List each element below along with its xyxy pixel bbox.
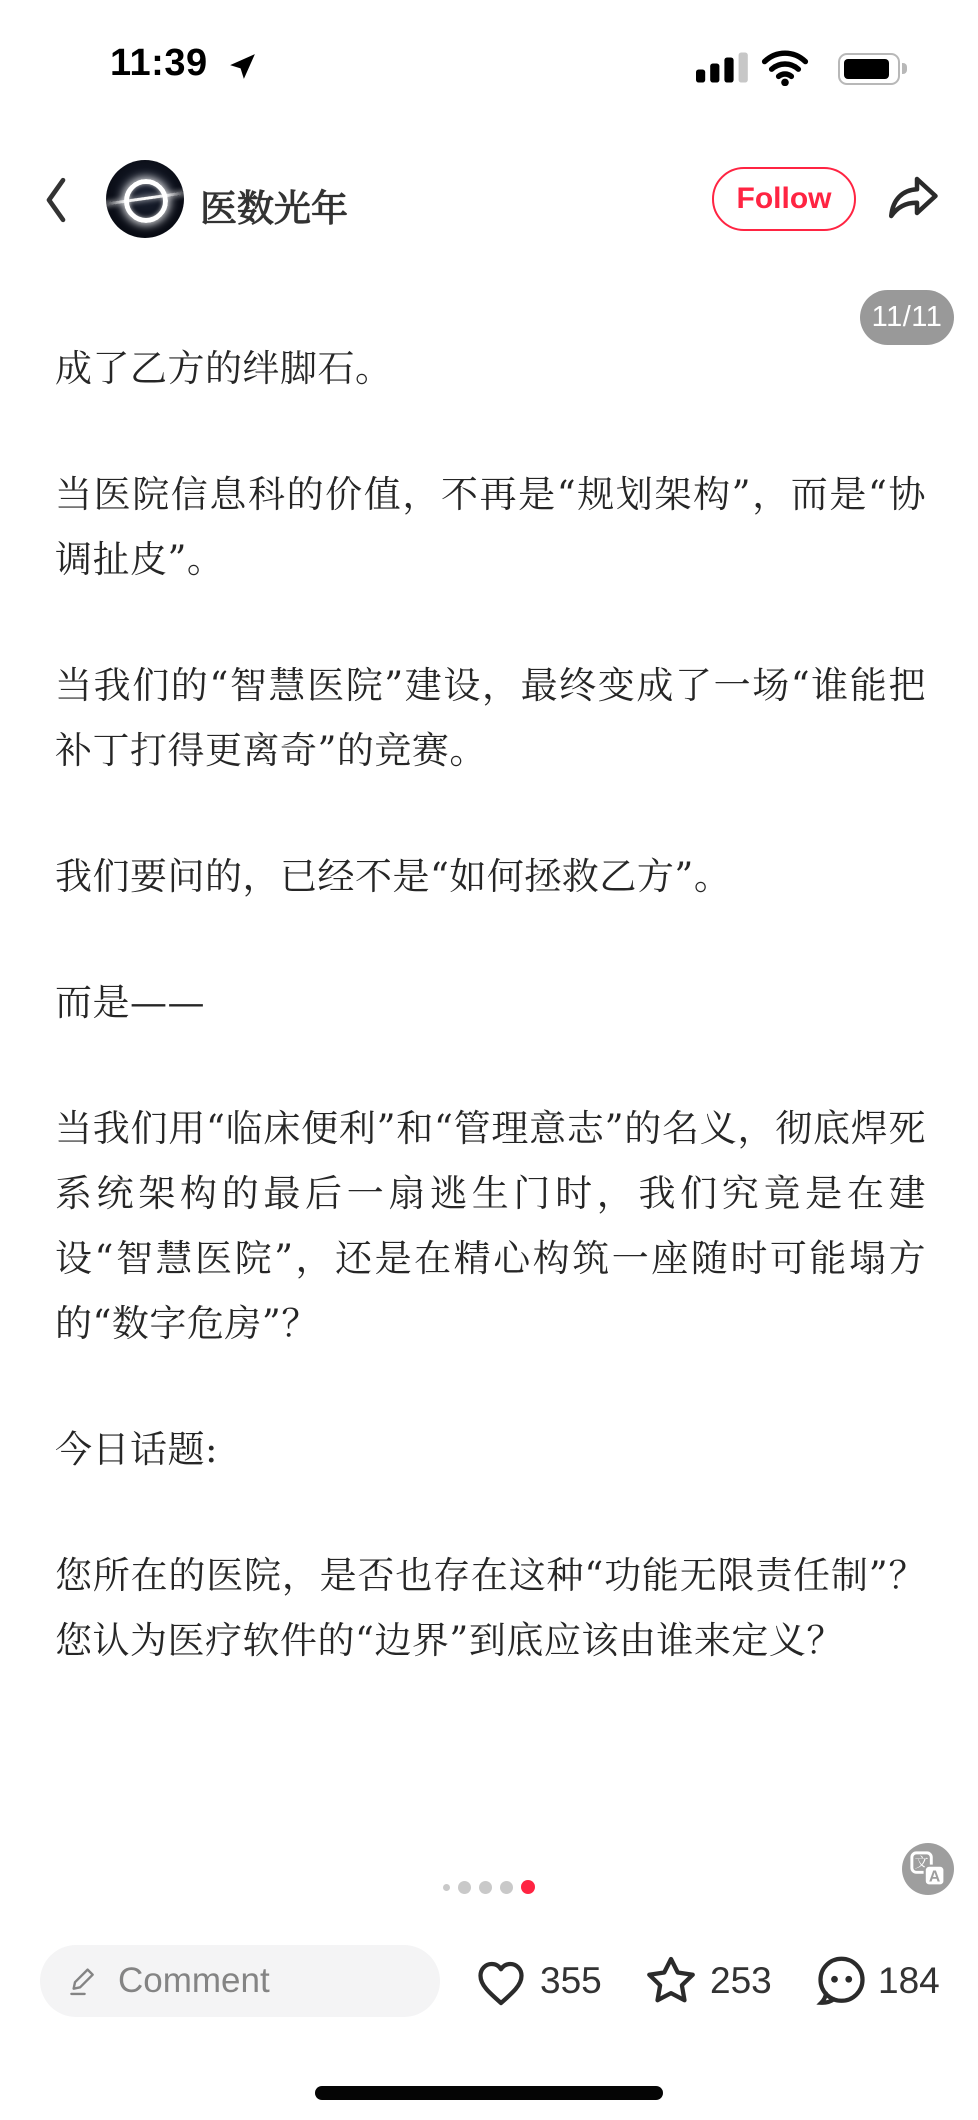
comment-count: 184 [878, 1960, 940, 2002]
star-icon [641, 1951, 701, 2011]
pagination-dot [500, 1881, 513, 1894]
status-time: 11:39 [110, 42, 208, 85]
content-paragraph: 当我们用“临床便利”和“管理意志”的名义，彻底焊死系统架构的最后一扇逃生门时，我… [55, 1096, 926, 1356]
content-paragraph: 成了乙方的绊脚石。 [55, 336, 926, 401]
collect-button[interactable]: 253 [641, 1945, 772, 2017]
comment-input[interactable]: Comment [40, 1945, 440, 2017]
battery-icon [838, 53, 900, 85]
pagination-dot-active [521, 1880, 535, 1894]
cellular-signal-icon [696, 52, 748, 83]
content-paragraph: 而是—— [55, 970, 926, 1035]
home-indicator[interactable] [315, 2086, 663, 2100]
collect-count: 253 [710, 1960, 772, 2002]
screen: 11:39 医数光年 [0, 0, 978, 2120]
location-arrow-icon [226, 50, 259, 83]
like-button[interactable]: 355 [471, 1945, 602, 2017]
like-count: 355 [540, 1960, 602, 2002]
translate-icon: 文 A [906, 1847, 950, 1891]
pencil-icon [66, 1963, 102, 1999]
pagination-dots [0, 1878, 978, 1896]
content-paragraph: 我们要问的，已经不是“如何拯救乙方”。 [55, 844, 926, 909]
svg-text:A: A [929, 1868, 940, 1885]
translate-button[interactable]: 文 A [902, 1843, 954, 1895]
chevron-left-icon [42, 172, 70, 228]
back-button[interactable] [36, 172, 76, 230]
pagination-dot [458, 1881, 471, 1894]
content-paragraph: 您所在的医院，是否也存在这种“功能无限责任制”？您认为医疗软件的“边界”到底应该… [55, 1543, 926, 1673]
follow-button[interactable]: Follow [712, 167, 856, 231]
share-icon [883, 171, 943, 226]
avatar[interactable] [106, 160, 184, 238]
heart-icon [471, 1951, 531, 2011]
content-paragraph: 当我们的“智慧医院”建设，最终变成了一场“谁能把补丁打得更离奇”的竞赛。 [55, 653, 926, 783]
share-button[interactable] [882, 170, 944, 230]
content-paragraph: 今日话题: [55, 1417, 926, 1482]
wifi-icon [760, 50, 810, 86]
pagination-dot [443, 1884, 450, 1891]
pagination-dot [479, 1881, 492, 1894]
content-paragraph: 当医院信息科的价值，不再是“规划架构”，而是“协调扯皮”。 [55, 462, 926, 592]
speech-bubble-icon [809, 1951, 869, 2011]
username: 医数光年 [200, 178, 348, 232]
comment-placeholder: Comment [118, 1961, 270, 2001]
post-text: 成了乙方的绊脚石。当医院信息科的价值，不再是“规划架构”，而是“协调扯皮”。当我… [55, 336, 926, 1673]
comments-button[interactable]: 184 [809, 1945, 940, 2017]
